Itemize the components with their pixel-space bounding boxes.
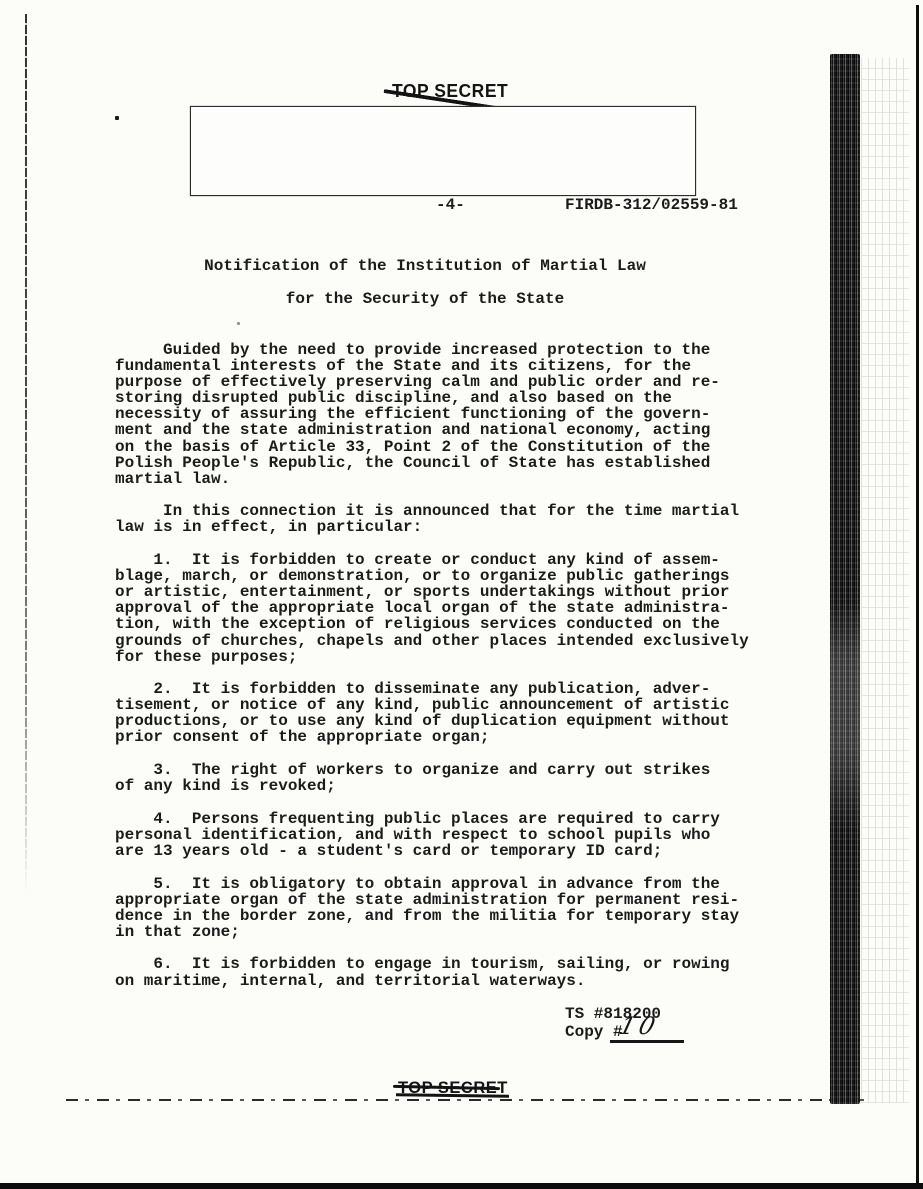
body-paragraph-1: Guided by the need to provide increased … xyxy=(115,342,777,487)
page-left-edge-line xyxy=(25,14,27,894)
list-item-5: 5. It is obligatory to obtain approval i… xyxy=(115,876,777,940)
document-reference: FIRDB-312/02559-81 xyxy=(565,197,738,213)
list-item-6: 6. It is forbidden to engage in tourism,… xyxy=(115,956,777,988)
body-paragraph-2: In this connection it is announced that … xyxy=(115,503,777,535)
document-title-line1: Notification of the Institution of Marti… xyxy=(115,258,735,274)
page-right-border xyxy=(916,5,919,1183)
scan-speckle xyxy=(237,322,240,325)
document-body: Guided by the need to provide increased … xyxy=(115,342,777,989)
redaction-box xyxy=(190,106,696,196)
list-item-2: 2. It is forbidden to disseminate any pu… xyxy=(115,681,777,745)
document-title: Notification of the Institution of Marti… xyxy=(115,258,735,307)
copy-number-handwritten: 10 xyxy=(617,1014,662,1038)
binding-strip xyxy=(830,54,860,1104)
page-bottom-border xyxy=(0,1183,923,1189)
page-number: -4- xyxy=(436,197,465,213)
scanned-document-page: TOP SECRET -4- FIRDB-312/02559-81 Notifi… xyxy=(0,0,923,1189)
copy-number-underline xyxy=(610,1040,684,1043)
list-item-4: 4. Persons frequenting public places are… xyxy=(115,811,777,859)
scan-noise xyxy=(861,58,909,1103)
list-item-1: 1. It is forbidden to create or conduct … xyxy=(115,552,777,665)
scan-dash-line xyxy=(66,1099,866,1101)
scan-speckle xyxy=(115,116,119,120)
list-item-3: 3. The right of workers to organize and … xyxy=(115,762,777,794)
document-title-line2: for the Security of the State xyxy=(115,291,735,307)
